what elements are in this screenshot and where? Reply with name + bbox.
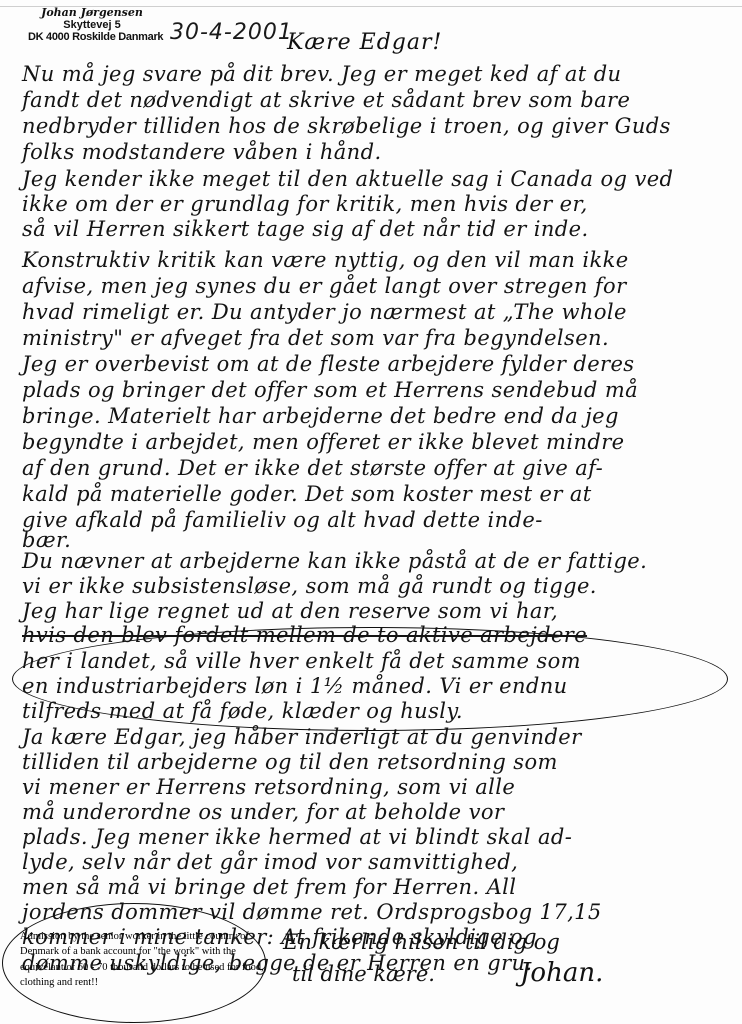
- letter-line: kald på materielle goder. Det som koster…: [22, 482, 592, 506]
- letter-line: lyde, selv når det går imod vor samvitti…: [22, 850, 518, 874]
- letter-line: afvise, men jeg synes du er gået langt o…: [22, 274, 627, 298]
- letter-line: tilliden til arbejderne og til den retso…: [22, 750, 558, 774]
- letter-line: men så må vi bringe det frem for Herren.…: [22, 875, 516, 899]
- highlight-ellipse: [12, 627, 728, 731]
- letter-line: Jeg er overbevist om at de fleste arbejd…: [22, 352, 634, 376]
- letter-line: Du nævner at arbejderne kan ikke påstå a…: [22, 549, 647, 573]
- letter-line: nedbryder tilliden hos de skrøbelige i t…: [22, 114, 671, 138]
- letter-line: folks modstandere våben i hånd.: [22, 140, 382, 164]
- letter-line: af den grund. Det er ikke det største of…: [22, 456, 603, 480]
- sender-address-stamp: Johan Jørgensen Skyttevej 5 DK 4000 Rosk…: [32, 6, 152, 44]
- closing-line-1: En kærlig hilsen til dig og: [283, 930, 560, 954]
- letter-line: fandt det nødvendigt at skrive et sådant…: [22, 88, 630, 112]
- letter-line: give afkald på familieliv og alt hvad de…: [22, 508, 543, 532]
- closing-line-2: til dine kære.: [292, 962, 435, 986]
- letter-line: vi er ikke subsistensløse, som må gå run…: [22, 574, 597, 598]
- letter-line: bringe. Materielt har arbejderne det bed…: [22, 404, 619, 428]
- letter-line: hvad rimeligt er. Du antyder jo nærmest …: [22, 300, 627, 324]
- letter-line: ministry" er afveget fra det som var fra…: [22, 326, 609, 350]
- letter-line: plads og bringer det offer som et Herren…: [22, 378, 638, 402]
- letter-line: Jeg kender ikke meget til den aktuelle s…: [22, 167, 673, 191]
- sender-city: DK 4000 Roskilde Danmark: [28, 31, 152, 44]
- letter-line: begyndte i arbejdet, men offeret er ikke…: [22, 430, 624, 454]
- letter-date: 30-4-2001: [170, 20, 293, 45]
- letter-line: ikke om der er grundlag for kritik, men …: [22, 192, 588, 216]
- annotation-note: Admission by the senior worker in the li…: [20, 929, 265, 990]
- letter-line: Jeg har lige regnet ud at den reserve so…: [22, 599, 558, 623]
- letter-line: må underordne os under, for at beholde v…: [22, 800, 504, 824]
- scanned-letter-page: Johan Jørgensen Skyttevej 5 DK 4000 Rosk…: [0, 0, 742, 1024]
- letter-line: vi mener er Herrens retsordning, som vi …: [22, 775, 515, 799]
- sender-street: Skyttevej 5: [32, 19, 152, 31]
- letter-line: Nu må jeg svare på dit brev. Jeg er mege…: [22, 62, 621, 86]
- salutation: Kære Edgar!: [287, 30, 442, 55]
- letter-line: så vil Herren sikkert tage sig af det nå…: [22, 217, 589, 241]
- letter-line: Konstruktiv kritik kan være nyttig, og d…: [22, 248, 629, 272]
- letter-line: plads. Jeg mener ikke hermed at vi blind…: [22, 825, 572, 849]
- signature: Johan.: [520, 958, 603, 988]
- sender-name: Johan Jørgensen: [32, 6, 152, 19]
